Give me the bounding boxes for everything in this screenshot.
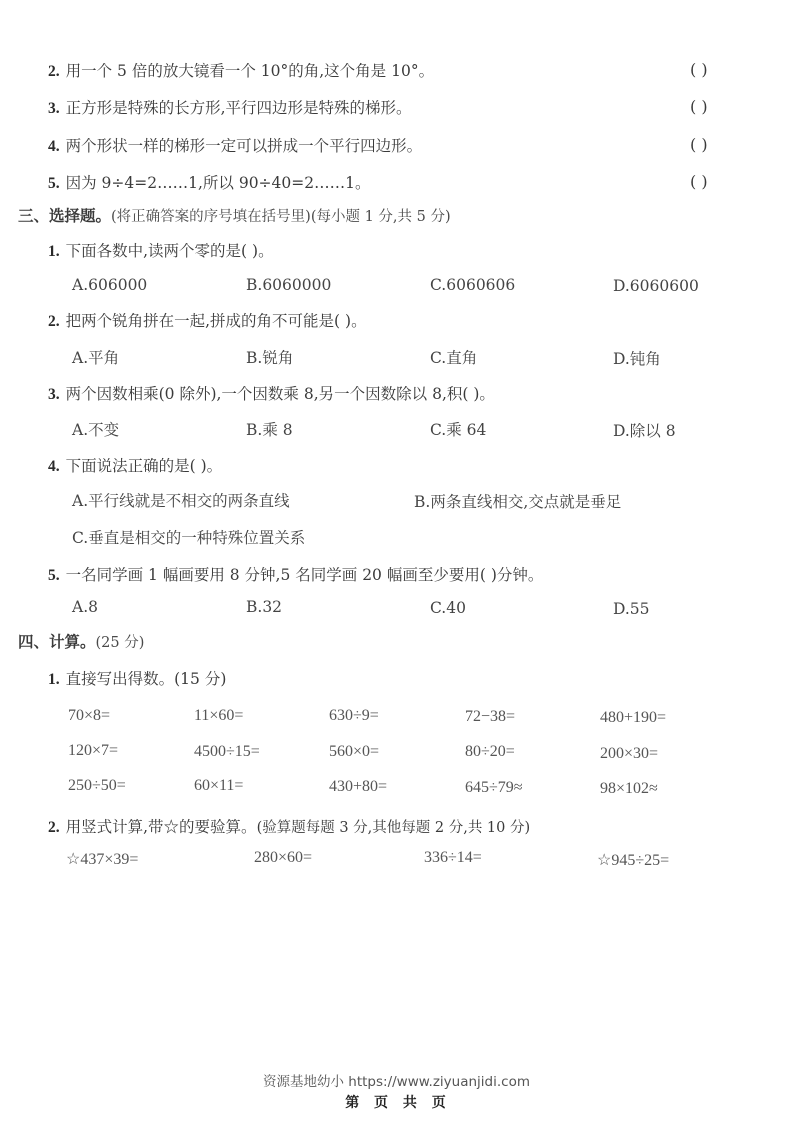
calc-item: 630÷9=: [329, 707, 379, 725]
mc-question-3: 3.两个因数相乘(0 除外),一个因数乘 8,另一个因数除以 8,积( )。: [48, 382, 495, 404]
mc5-option-c[interactable]: C.40: [430, 599, 466, 617]
mc1-option-d[interactable]: D.6060600: [613, 277, 699, 295]
watermark-text: 资源基地幼小 https://www.ziyuanjidi.com: [0, 1070, 793, 1090]
mc-question-5: 5.一名同学画 1 幅画要用 8 分钟,5 名同学画 20 幅画至少要用( )分…: [48, 563, 543, 585]
tf-item-3: 3.正方形是特殊的长方形,平行四边形是特殊的梯形。: [48, 96, 412, 118]
mc2-option-a[interactable]: A.平角: [72, 346, 119, 368]
calc-item: 430+80=: [329, 778, 387, 796]
calc-item: 645÷79≈: [465, 779, 523, 797]
page-number-label: 第 页 共 页: [0, 1092, 793, 1112]
mc4-option-c[interactable]: C.垂直是相交的一种特殊位置关系: [72, 526, 305, 548]
tf-item-2: 2.用一个 5 倍的放大镜看一个 10°的角,这个角是 10°。: [48, 59, 434, 81]
tf-answer-box-2[interactable]: ( ): [690, 60, 708, 79]
calc-item: 200×30=: [600, 745, 658, 763]
mc4-option-a[interactable]: A.平行线就是不相交的两条直线: [72, 489, 290, 511]
mc2-option-c[interactable]: C.直角: [430, 346, 477, 368]
calc-item: 70×8=: [68, 707, 110, 725]
calc-item: 80÷20=: [465, 743, 515, 761]
mc3-option-b[interactable]: B.乘 8: [246, 418, 293, 440]
mc1-option-b[interactable]: B.6060000: [246, 276, 331, 294]
mc-question-2: 2.把两个锐角拼在一起,拼成的角不可能是( )。: [48, 309, 367, 331]
tf-item-5: 5.因为 9÷4=2……1,所以 90÷40=2……1。: [48, 171, 370, 193]
mc-question-4: 4.下面说法正确的是( )。: [48, 454, 222, 476]
tf-answer-box-3[interactable]: ( ): [690, 97, 708, 116]
mc2-option-b[interactable]: B.锐角: [246, 346, 293, 368]
section4-heading: 四、计算。(25 分): [18, 630, 144, 652]
mc5-option-a[interactable]: A.8: [72, 598, 98, 616]
tf-answer-box-4[interactable]: ( ): [690, 135, 708, 154]
vertical-calc-item: ☆437×39=: [66, 849, 138, 869]
mc3-option-d[interactable]: D.除以 8: [613, 419, 676, 441]
calc-item: 72−38=: [465, 708, 515, 726]
calc-item: 480+190=: [600, 709, 666, 727]
calc-part1-heading: 1.直接写出得数。(15 分): [48, 667, 226, 689]
calc-item: 98×102≈: [600, 780, 658, 798]
mc3-option-c[interactable]: C.乘 64: [430, 418, 486, 440]
mc5-option-d[interactable]: D.55: [613, 600, 650, 618]
calc-item: 60×11=: [194, 777, 243, 795]
calc-item: 120×7=: [68, 742, 118, 760]
tf-answer-box-5[interactable]: ( ): [690, 172, 708, 191]
vertical-calc-item: 336÷14=: [424, 849, 482, 867]
mc4-option-b[interactable]: B.两条直线相交,交点就是垂足: [414, 490, 621, 512]
mc1-option-a[interactable]: A.606000: [72, 276, 147, 294]
calc-item: 250÷50=: [68, 777, 126, 795]
vertical-calc-item: 280×60=: [254, 849, 312, 867]
calc-item: 4500÷15=: [194, 743, 260, 761]
mc2-option-d[interactable]: D.钝角: [613, 347, 661, 369]
mc3-option-a[interactable]: A.不变: [72, 418, 119, 440]
calc-item: 11×60=: [194, 707, 243, 725]
mc-question-1: 1.下面各数中,读两个零的是( )。: [48, 239, 274, 261]
mc5-option-b[interactable]: B.32: [246, 598, 282, 616]
calc-item: 560×0=: [329, 743, 379, 761]
mc1-option-c[interactable]: C.6060606: [430, 276, 515, 294]
calc-part2-heading: 2.用竖式计算,带☆的要验算。(验算题每题 3 分,其他每题 2 分,共 10 …: [48, 815, 530, 837]
vertical-calc-item: ☆945÷25=: [597, 850, 669, 870]
tf-item-4: 4.两个形状一样的梯形一定可以拼成一个平行四边形。: [48, 134, 422, 156]
section3-heading: 三、选择题。(将正确答案的序号填在括号里)(每小题 1 分,共 5 分): [18, 204, 451, 226]
